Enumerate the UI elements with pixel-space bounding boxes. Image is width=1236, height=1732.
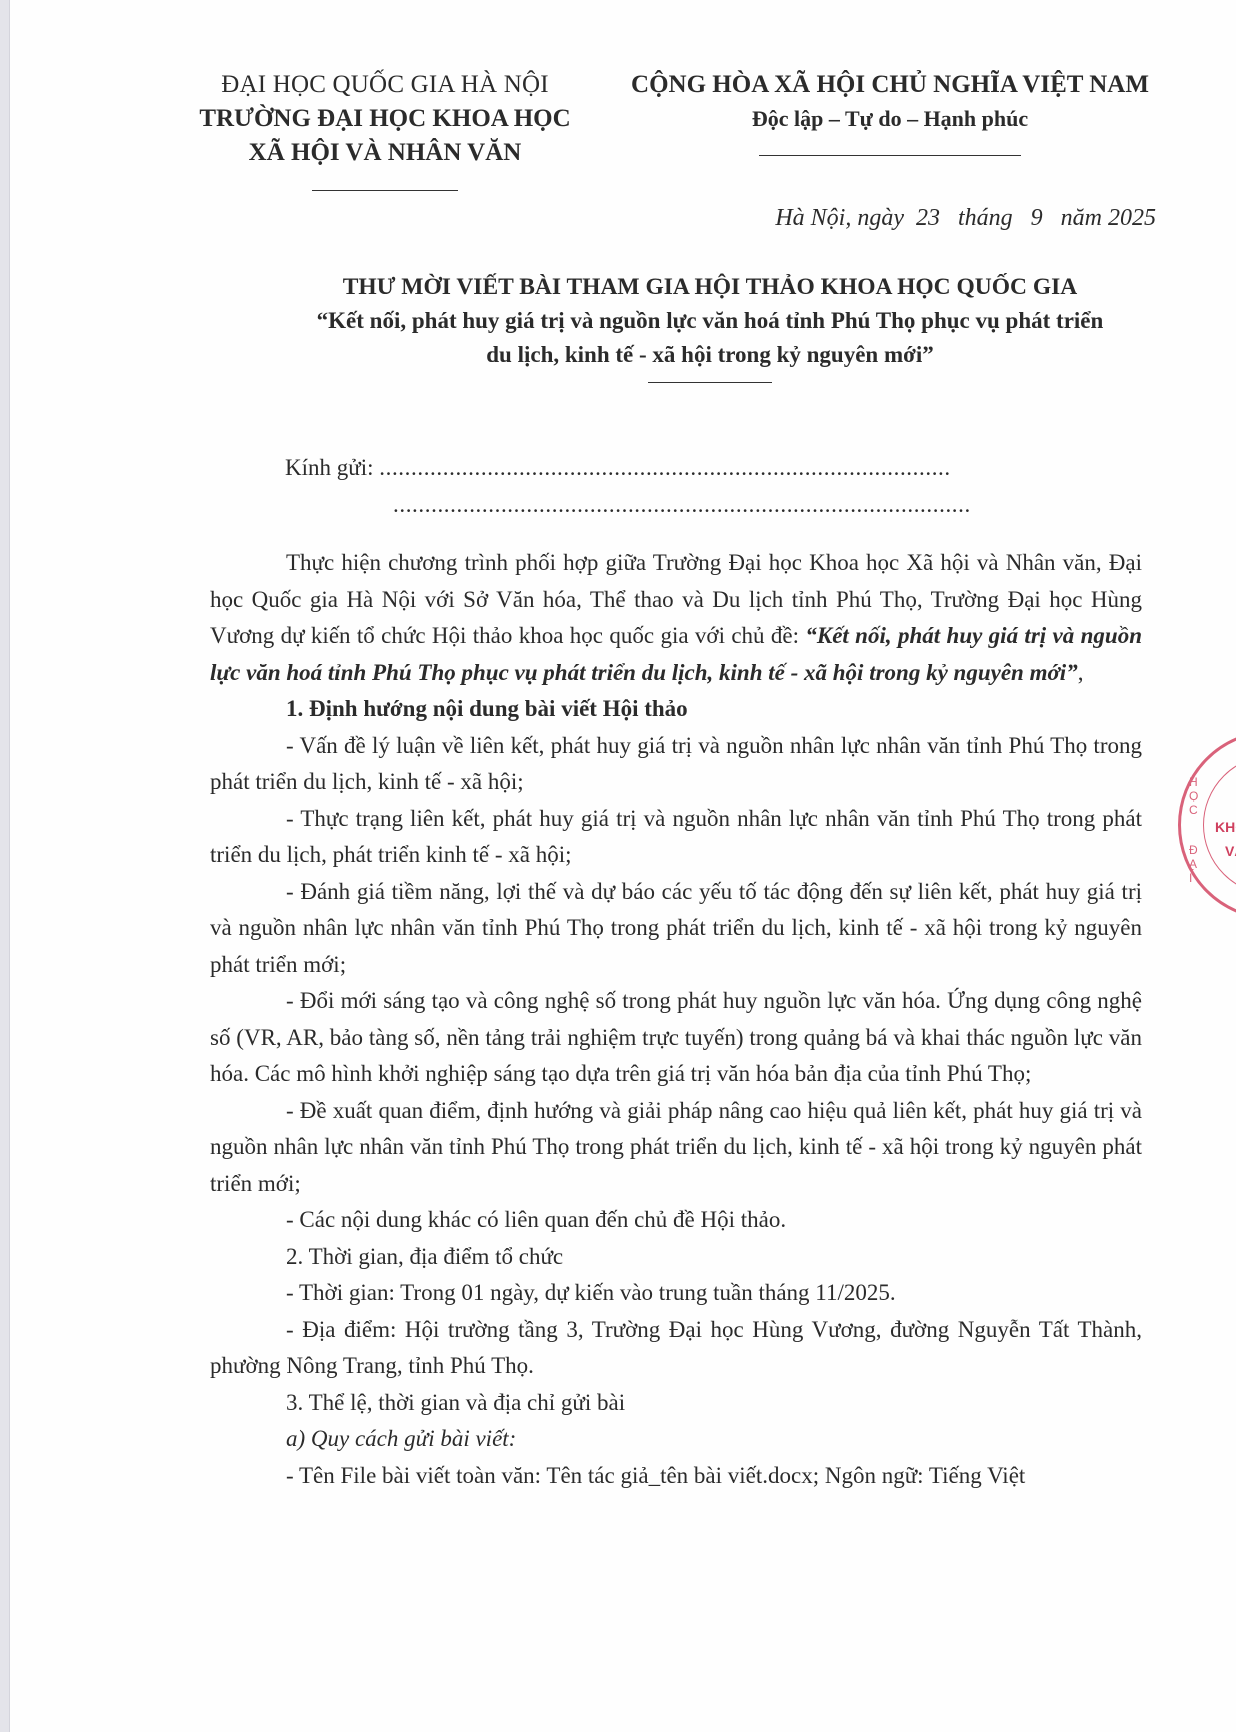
greeting-label: Kính gửi:	[285, 455, 374, 480]
section1-item: - Đánh giá tiềm năng, lợi thế và dự báo …	[210, 874, 1142, 984]
title-subtitle-line2: du lịch, kinh tế - xã hội trong kỷ nguyê…	[260, 338, 1160, 372]
greeting-line: Kính gửi: ..............................…	[285, 455, 951, 481]
title-subtitle-line1: “Kết nối, phát huy giá trị và nguồn lực …	[260, 304, 1160, 338]
section3-item: - Tên File bài viết toàn văn: Tên tác gi…	[210, 1458, 1142, 1495]
seal-ring-text: HỌC	[1189, 775, 1201, 817]
header-right-divider	[759, 155, 1021, 156]
letter-body: Thực hiện chương trình phối hợp giữa Trư…	[210, 545, 1142, 1494]
seal-ring-text-2: ĐẠI	[1189, 843, 1201, 885]
section1-item: - Thực trạng liên kết, phát huy giá trị …	[210, 801, 1142, 874]
seal-text-3: KHO	[1215, 819, 1236, 835]
recipient-blank-1: ........................................…	[379, 455, 951, 480]
section2-heading: 2. Thời gian, địa điểm tổ chức	[210, 1239, 1142, 1276]
section1-item: - Đề xuất quan điểm, định hướng và giải …	[210, 1093, 1142, 1203]
official-seal-stamp: HỌC ĐẠI T Đ KHO VÀ	[1178, 730, 1236, 920]
page-left-edge	[0, 0, 10, 1732]
title-divider	[648, 382, 772, 383]
header-left-divider	[312, 190, 458, 191]
title-main: THƯ MỜI VIẾT BÀI THAM GIA HỘI THẢO KHOA …	[260, 270, 1160, 304]
section2-item: - Địa điểm: Hội trường tầng 3, Trường Đạ…	[210, 1312, 1142, 1385]
recipient-blank-2: ........................................…	[393, 492, 971, 517]
national-motto: Độc lập – Tự do – Hạnh phúc	[600, 102, 1180, 136]
section3-subheading: a) Quy cách gửi bài viết:	[210, 1421, 1142, 1458]
section3-heading: 3. Thể lệ, thời gian và địa chỉ gửi bài	[210, 1385, 1142, 1422]
letter-title: THƯ MỜI VIẾT BÀI THAM GIA HỘI THẢO KHOA …	[260, 270, 1160, 383]
country-name: CỘNG HÒA XÃ HỘI CHỦ NGHĨA VIỆT NAM	[600, 68, 1180, 102]
seal-text-4: VÀ	[1225, 843, 1236, 859]
intro-paragraph: Thực hiện chương trình phối hợp giữa Trư…	[210, 545, 1142, 691]
intro-tail: ,	[1078, 660, 1084, 685]
school-name-line2: XÃ HỘI VÀ NHÂN VĂN	[180, 136, 590, 170]
section1-heading: 1. Định hướng nội dung bài viết Hội thảo	[210, 691, 1142, 728]
institution-header: ĐẠI HỌC QUỐC GIA HÀ NỘI TRƯỜNG ĐẠI HỌC K…	[180, 68, 590, 191]
section1-item: - Đổi mới sáng tạo và công nghệ số trong…	[210, 983, 1142, 1093]
national-header: CỘNG HÒA XÃ HỘI CHỦ NGHĨA VIỆT NAM Độc l…	[600, 68, 1180, 156]
section1-item: - Vấn đề lý luận về liên kết, phát huy g…	[210, 728, 1142, 801]
date-line: Hà Nội, ngày 23 tháng 9 năm 2025	[775, 205, 1156, 232]
section1-item: - Các nội dung khác có liên quan đến chủ…	[210, 1202, 1142, 1239]
document-page: ĐẠI HỌC QUỐC GIA HÀ NỘI TRƯỜNG ĐẠI HỌC K…	[10, 0, 1236, 1732]
greeting-line-2: ........................................…	[393, 492, 971, 518]
section2-item: - Thời gian: Trong 01 ngày, dự kiến vào …	[210, 1275, 1142, 1312]
university-name: ĐẠI HỌC QUỐC GIA HÀ NỘI	[180, 68, 590, 102]
school-name-line1: TRƯỜNG ĐẠI HỌC KHOA HỌC	[180, 102, 590, 136]
